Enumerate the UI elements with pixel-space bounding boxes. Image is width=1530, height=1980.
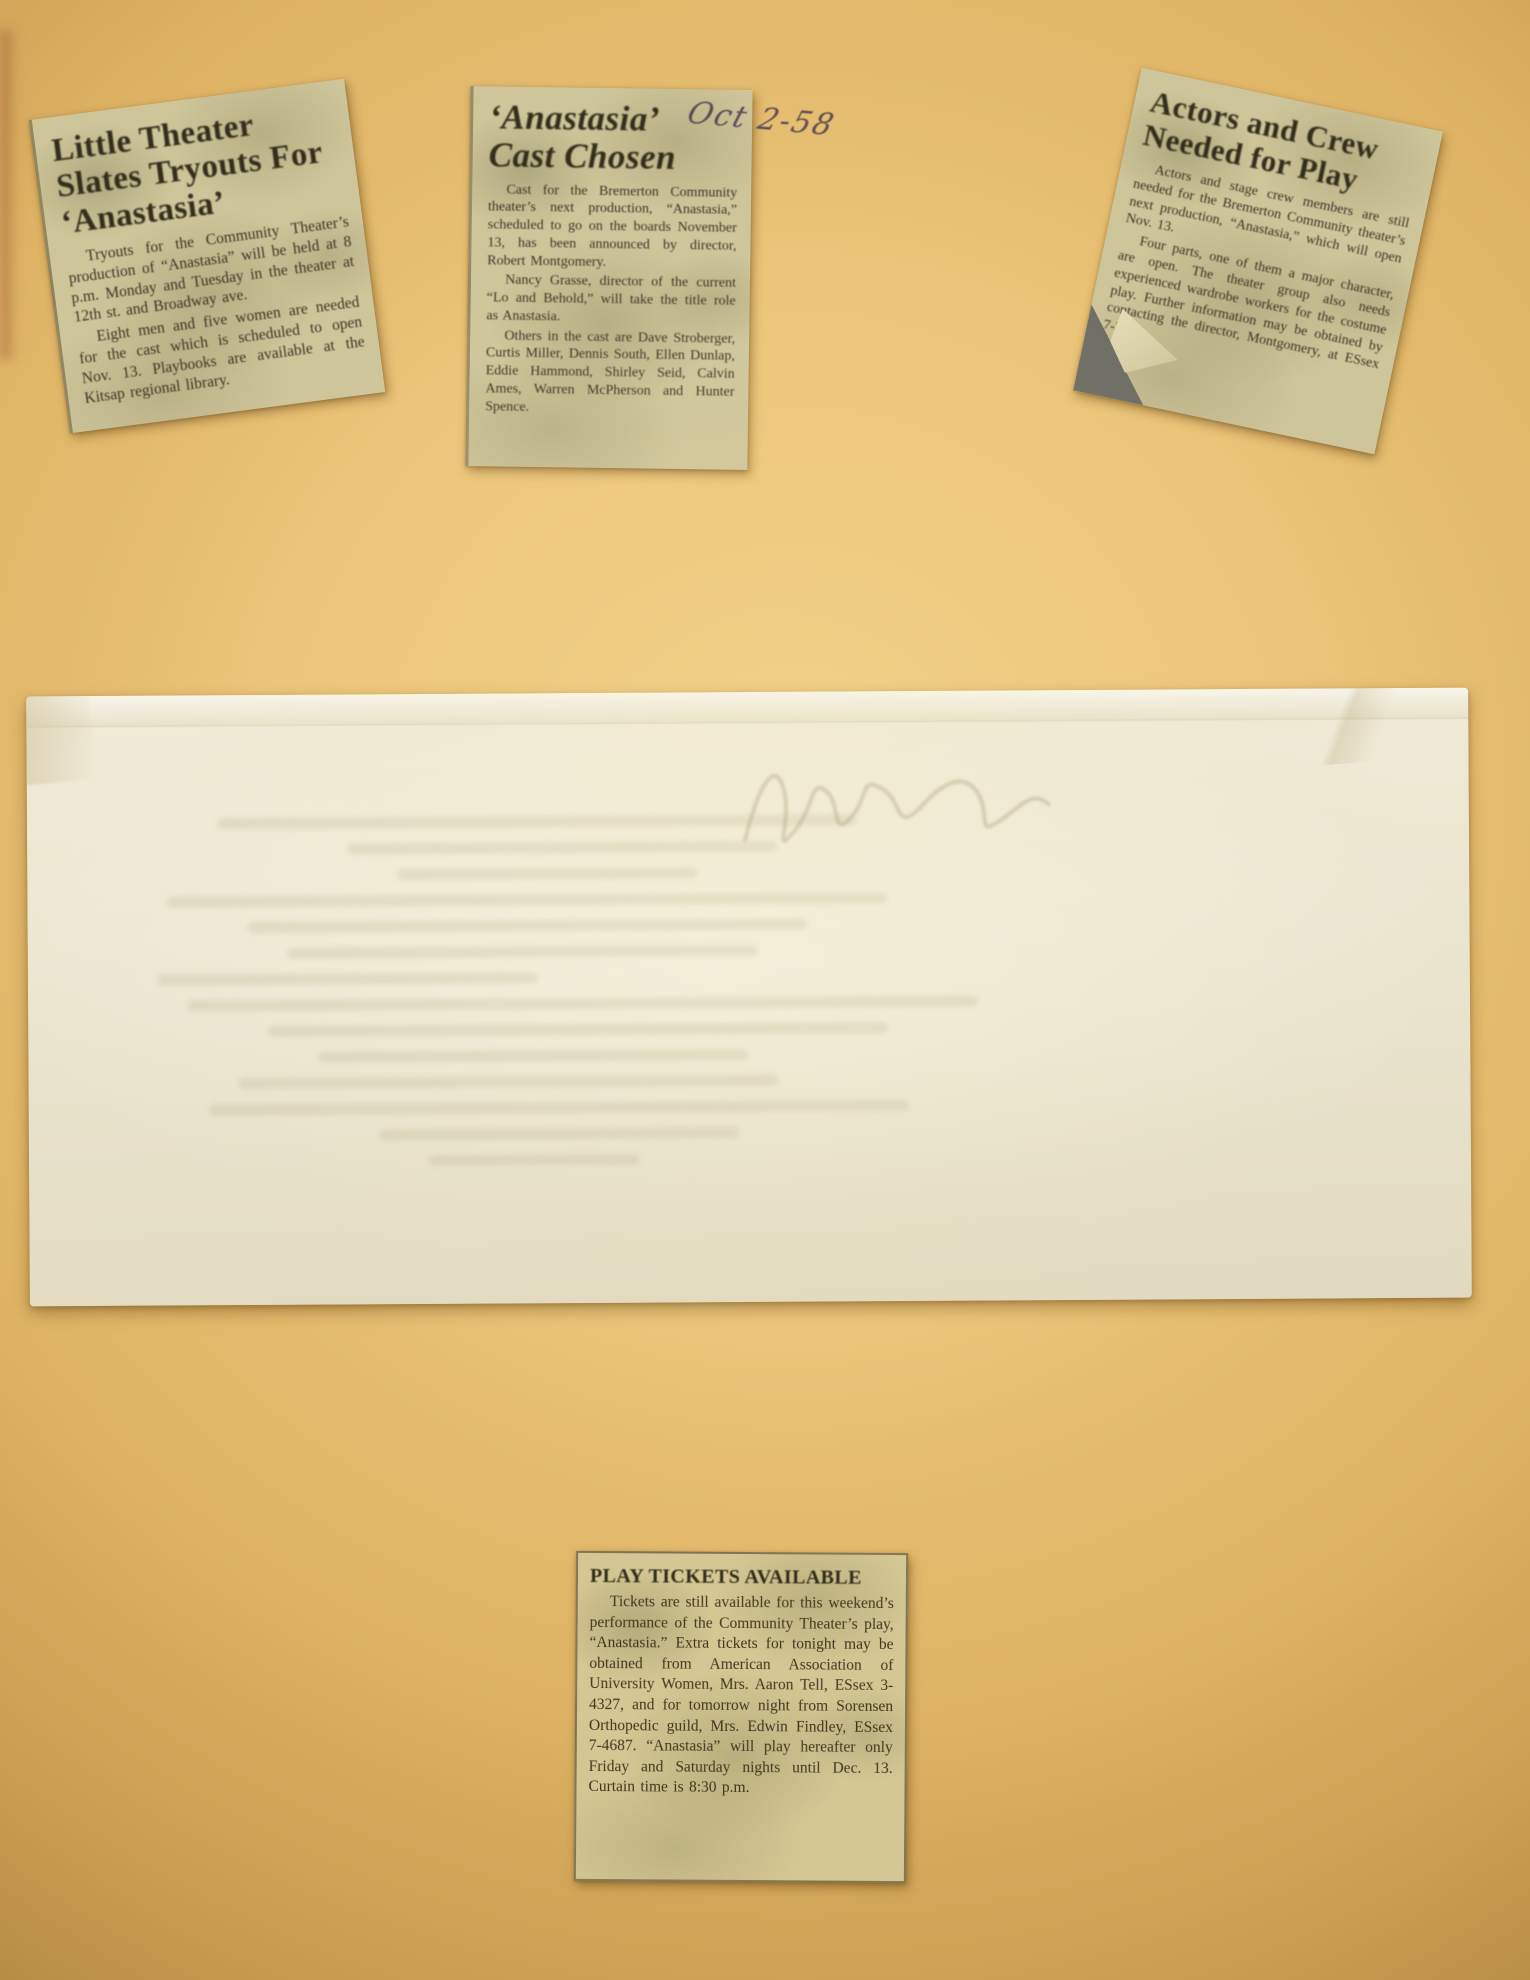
clipping-cast-paragraph: Cast for the Bremerton Community theater… (487, 181, 737, 273)
ghost-line (347, 841, 777, 855)
ghost-line (167, 892, 887, 907)
ghost-line (188, 996, 978, 1012)
ghost-line (209, 1100, 909, 1115)
ghost-line (248, 919, 808, 933)
clipping-cast-paragraph: Others in the cast are Dave Stroberger, … (485, 327, 735, 419)
headline-line: Cast Chosen (488, 135, 676, 177)
ghost-line (318, 1049, 748, 1063)
ghost-line (429, 1154, 639, 1166)
folded-typed-paper (26, 688, 1472, 1307)
ghost-line (217, 814, 857, 829)
scrapbook-page: Little Theater Slates Tryouts For ‘Anast… (0, 0, 1530, 1980)
clipping-cast-chosen: ‘Anastasia’Cast Chosen Cast for the Brem… (465, 86, 752, 470)
clipping-tryouts: Little Theater Slates Tryouts For ‘Anast… (29, 79, 386, 434)
clipping-cast-paragraph: Nancy Grasse, director of the current “L… (486, 272, 736, 329)
ghost-line (158, 972, 538, 985)
clipping-play-tickets: PLAY TICKETS AVAILABLE Tickets are still… (574, 1551, 908, 1883)
ghost-line (238, 1075, 778, 1089)
clipping-tickets-paragraph: Tickets are still available for this wee… (588, 1592, 893, 1800)
ghost-line (268, 1022, 888, 1037)
ghost-typewriter-text (97, 797, 1279, 1168)
paper-left-tab (26, 688, 96, 786)
headline-line: ‘Anastasia’ (489, 97, 660, 138)
ghost-line (397, 867, 697, 880)
photo-edge-marks (0, 30, 18, 360)
clipping-actors-crew: Actors and Crew Needed for Play Actors a… (1073, 68, 1443, 455)
ghost-line (379, 1127, 739, 1140)
clipping-tickets-headline: PLAY TICKETS AVAILABLE (590, 1565, 894, 1590)
paper-corner-crease (1214, 688, 1471, 773)
ghost-line (288, 945, 758, 959)
